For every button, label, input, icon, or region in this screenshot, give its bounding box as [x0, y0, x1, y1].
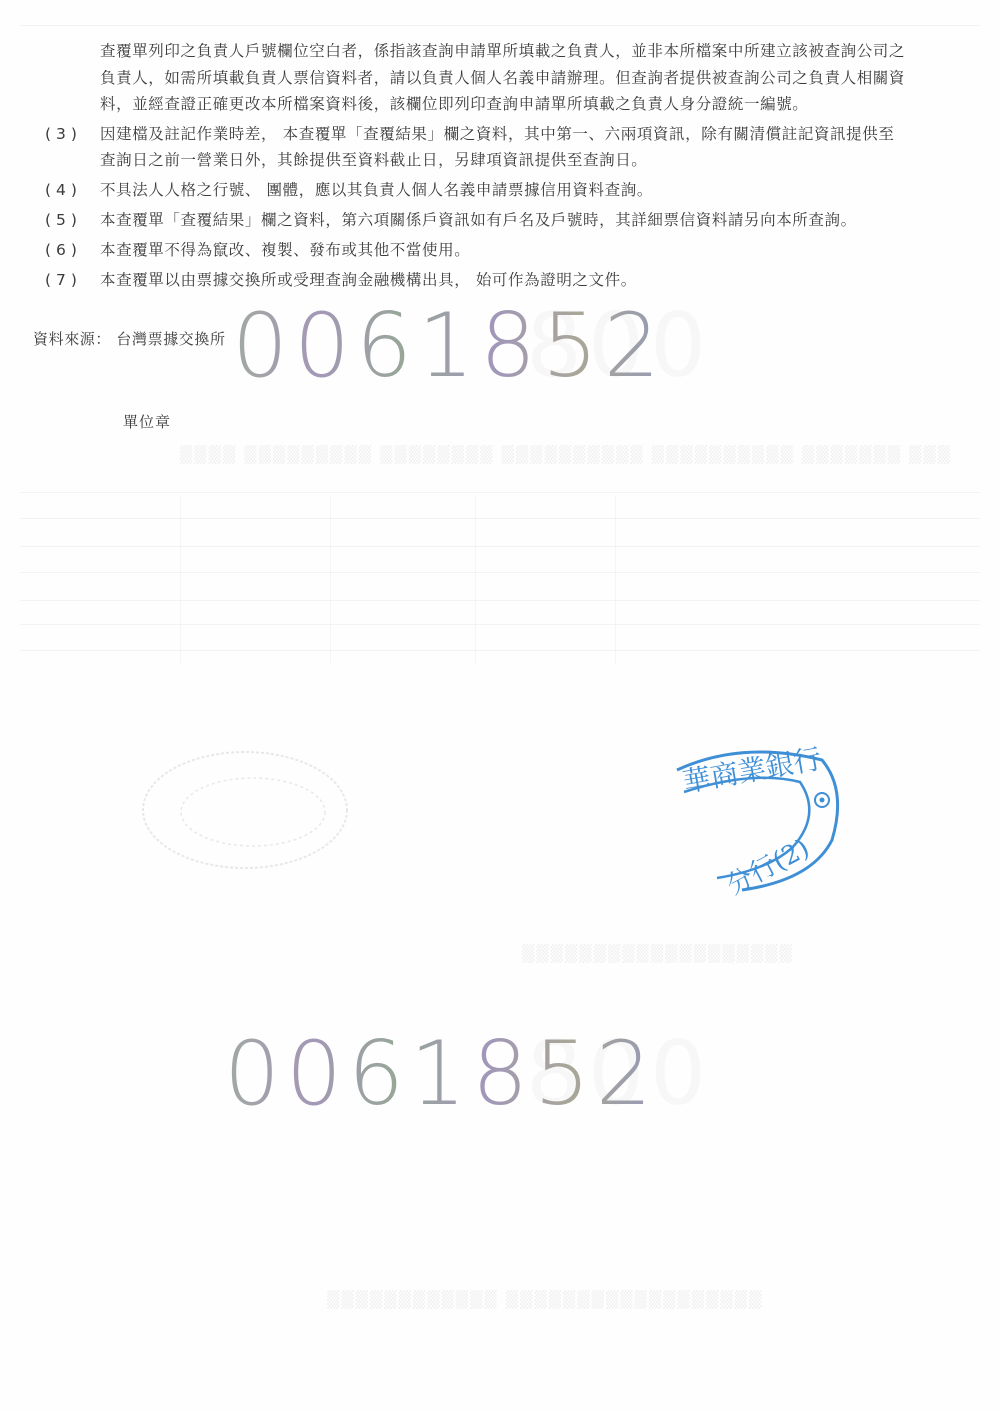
note-text: 不具法人人格之行號、 團體，應以其負責人個人名義申請票據信用資料查詢。 [100, 179, 653, 201]
note-number: (4) [45, 179, 82, 201]
bleed-through-line [20, 518, 980, 519]
bleed-through-line [20, 546, 980, 547]
unit-seal-label: 單位章 [123, 411, 171, 432]
bleed-through-line [475, 495, 476, 665]
note-text: 本查覆單「查覆結果」欄之資料，第六項關係戶資訊如有戶名及戶號時，其詳細票信資料請… [100, 209, 857, 231]
bleed-through-line [20, 624, 980, 625]
bank-stamp-top-text: 華商業銀行 [680, 742, 824, 799]
note-number: (3) [45, 123, 82, 145]
bleed-through-line [330, 495, 331, 665]
note-number: (5) [45, 209, 82, 231]
bleed-through-line [20, 572, 980, 573]
bleed-through-line [20, 650, 980, 651]
faint-stamp-icon [135, 740, 355, 880]
data-source: 資料來源： 台灣票據交換所 [33, 328, 226, 349]
bleed-through-line [20, 600, 980, 601]
scanned-document-page: ▒▒▒ ▒▒▒▒▒▒▒ ▒▒▒▒▒▒▒▒▒▒ ▒▒▒▒▒▒▒▒▒▒ ▒▒▒▒▒▒… [0, 0, 1000, 1413]
bleed-through-text: ▒▒▒ ▒▒▒▒▒▒▒ ▒▒▒▒▒▒▒▒▒▒ ▒▒▒▒▒▒▒▒▒▒ ▒▒▒▒▒▒… [50, 445, 950, 464]
note-text: 查詢日之前一營業日外，其餘提供至資料截止日，另肆項資訊提供至查詢日。 [100, 149, 647, 171]
bank-stamp-bottom-text: 分行(2) [722, 833, 815, 900]
serial-number-bottom: 0061852 [224, 1030, 658, 1118]
bleed-through-text: ▒▒▒▒▒▒▒▒▒▒▒▒▒▒▒▒▒▒ ▒▒▒▒▒▒▒▒▒▒▒▒ [325, 1290, 761, 1309]
note-text: 因建檔及註記作業時差， 本查覆單「查覆結果」欄之資料，其中第一、六兩項資訊，除有… [100, 123, 894, 145]
note-text: 本查覆單不得為竄改、複製、發布或其他不當使用。 [100, 239, 470, 261]
paragraph-line: 查覆單列印之負責人戶號欄位空白者，係指該查詢申請單所填載之負責人，並非本所檔案中… [100, 40, 905, 62]
paragraph-line: 負責人，如需所填載負責人票信資料者，請以負責人個人名義申請辦理。但查詢者提供被查… [100, 67, 905, 89]
bleed-through-line [20, 492, 980, 493]
bleed-through-line [180, 495, 181, 665]
note-number: (7) [45, 269, 82, 291]
bleed-through-line [20, 25, 980, 26]
note-number: (6) [45, 239, 82, 261]
paragraph-line: 料，並經查證正確更改本所檔案資料後，該欄位即列印查詢申請單所填載之負責人身分證統… [100, 93, 808, 115]
bleed-through-line [615, 495, 616, 665]
data-source-label: 資料來源： [33, 330, 111, 348]
bank-stamp-icon: 華商業銀行 分行(2) [672, 730, 852, 900]
data-source-value: 台灣票據交換所 [116, 330, 225, 348]
bleed-through-text: ▒▒▒▒▒▒▒▒▒▒▒▒▒▒▒▒▒▒▒ [520, 944, 792, 963]
serial-number-top: 0061852 [232, 302, 666, 390]
note-text: 本查覆單以由票據交換所或受理查詢金融機構出具， 始可作為證明之文件。 [100, 269, 637, 291]
